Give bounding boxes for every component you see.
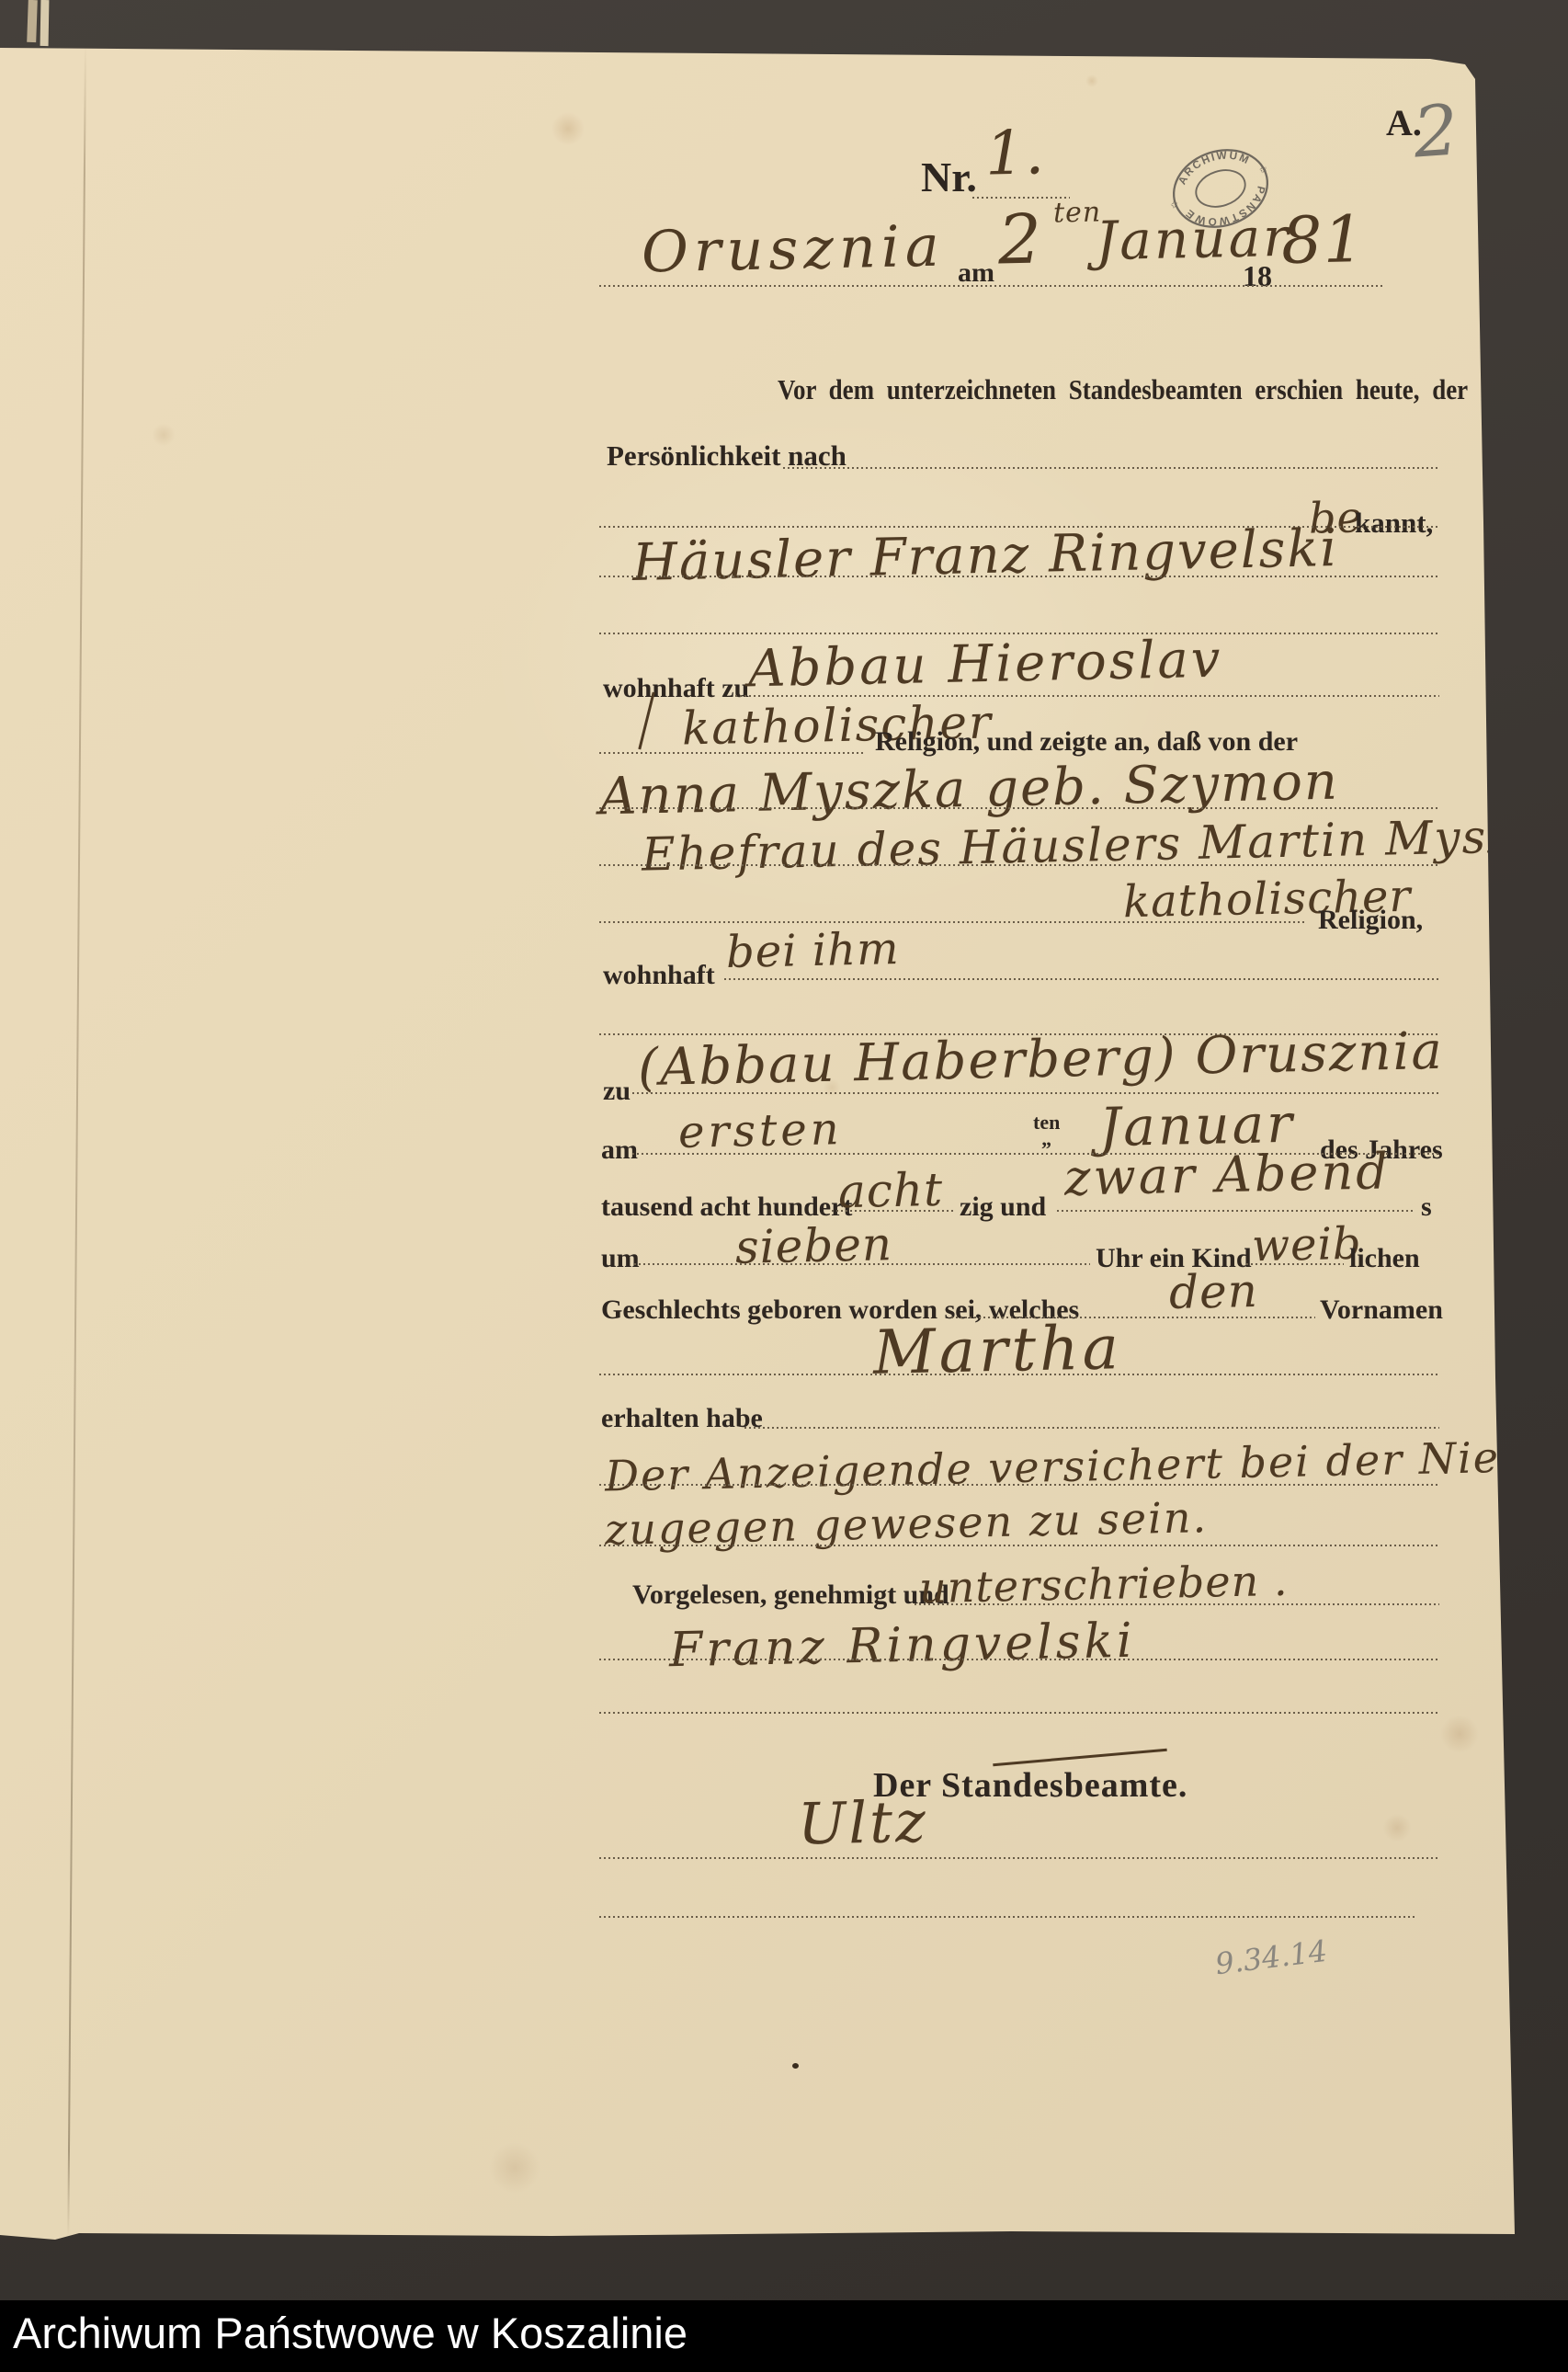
- dotted-line: [599, 576, 1439, 577]
- dotted-line: [744, 1427, 1439, 1429]
- vorgelesen-label: Vorgelesen, genehmigt und: [632, 1579, 949, 1611]
- assurance-line-1: Der Anzeigende versichert bei der Nieder…: [605, 1429, 1568, 1501]
- record-number-value: 1.: [984, 117, 1046, 188]
- religion-label: Religion,: [1318, 905, 1423, 936]
- dotted-line: [832, 1210, 953, 1212]
- birth-day: ersten: [677, 1103, 843, 1158]
- s-label: s: [1421, 1192, 1432, 1223]
- date-year: 81: [1280, 201, 1366, 279]
- stamp-text-top: ARCHIWUM: [1171, 140, 1255, 189]
- time-of-day-fill: zwar Abend: [1063, 1142, 1391, 1206]
- um-label: um: [601, 1243, 640, 1274]
- dotted-line: [599, 752, 866, 754]
- wohnhaft-label: wohnhaft: [603, 960, 715, 991]
- dotted-line: [599, 864, 1439, 866]
- svg-text:ARCHIWUM: ARCHIWUM: [1171, 140, 1255, 189]
- document-page: Nr. 1. ARCHIWUM PAŃSTWOWE ✩ ✩ A. 2 Orusz: [0, 44, 1517, 2241]
- dotted-line: [1246, 1263, 1344, 1265]
- declarant-signature: Franz Ringvelski: [668, 1614, 1136, 1679]
- dotted-line: [599, 1374, 1439, 1375]
- scanned-document-photo: Nr. 1. ARCHIWUM PAŃSTWOWE ✩ ✩ A. 2 Orusz: [0, 0, 1568, 2372]
- ink-flourish: [993, 1749, 1167, 1767]
- religion-zeigte-an-label: Religion, und zeigte an, daß von der: [875, 726, 1298, 758]
- dotted-line: [1057, 1210, 1415, 1212]
- date-day: 2: [997, 200, 1043, 280]
- dotted-line: [599, 1484, 1439, 1486]
- birth-hour: sieben: [734, 1217, 892, 1274]
- dotted-line: [724, 978, 1439, 980]
- dotted-line: [599, 1857, 1439, 1859]
- am-label: am: [601, 1135, 638, 1166]
- dotted-line: [735, 695, 1439, 697]
- tausend-label: tausend acht hundert: [601, 1192, 852, 1223]
- wohnhaft-zu-label: wohnhaft zu: [603, 673, 749, 704]
- quote-mark: „: [1041, 1127, 1051, 1150]
- dotted-line: [599, 285, 1382, 287]
- dotted-line: [915, 1603, 1439, 1605]
- paper-sliver: [40, 0, 50, 46]
- dotted-line: [599, 807, 1439, 809]
- date-place: Orusznia: [641, 212, 945, 286]
- registrar-signature: Ultz: [797, 1788, 928, 1858]
- record-number-label: Nr.: [921, 153, 977, 201]
- erhalten-habe-label: erhalten habe: [601, 1403, 763, 1434]
- dotted-line: [783, 467, 1439, 469]
- zu-label: zu: [603, 1076, 631, 1107]
- den-fill: den: [1168, 1264, 1258, 1319]
- ten-suffix-label: ten„: [1033, 1114, 1060, 1146]
- archive-caption-text: Archiwum Państwowe w Koszalinie: [13, 2308, 687, 2358]
- declarant-residence: Abbau Hieroslav: [747, 630, 1223, 700]
- mother-residence: bei ihm: [725, 923, 900, 978]
- date-am-label: am: [958, 257, 994, 289]
- dotted-line: [599, 921, 1307, 923]
- pencil-note: 9.34.14: [1213, 1933, 1329, 1982]
- vornamen-label: Vornamen: [1320, 1294, 1443, 1326]
- intro-line-1: Vor dem unterzeichneten Standesbeamten e…: [778, 373, 1468, 406]
- date-century: 18: [1243, 259, 1272, 293]
- paper-sliver: [27, 0, 38, 42]
- zig-und-label: zig und: [960, 1192, 1046, 1223]
- dotted-line: [634, 1263, 1090, 1265]
- corner-page-number: 2: [1411, 88, 1460, 173]
- declarant-name: Häusler Franz Ringvelski: [631, 519, 1338, 593]
- stamp-star-icon: ✩: [1258, 165, 1269, 177]
- ink-speck: [792, 2063, 799, 2069]
- lichen-label: lichen: [1349, 1243, 1420, 1274]
- dotted-line: [599, 1659, 1439, 1660]
- dotted-line: [599, 1916, 1415, 1918]
- fold-crease-line: [67, 44, 86, 2238]
- dotted-line: [632, 1092, 1439, 1094]
- dotted-line: [599, 1545, 1439, 1546]
- known-printed: kannt,: [1355, 507, 1433, 540]
- dotted-line: [599, 1712, 1439, 1714]
- caption-bar: Archiwum Państwowe w Koszalinie: [0, 2300, 1568, 2372]
- child-first-name: Martha: [872, 1312, 1122, 1388]
